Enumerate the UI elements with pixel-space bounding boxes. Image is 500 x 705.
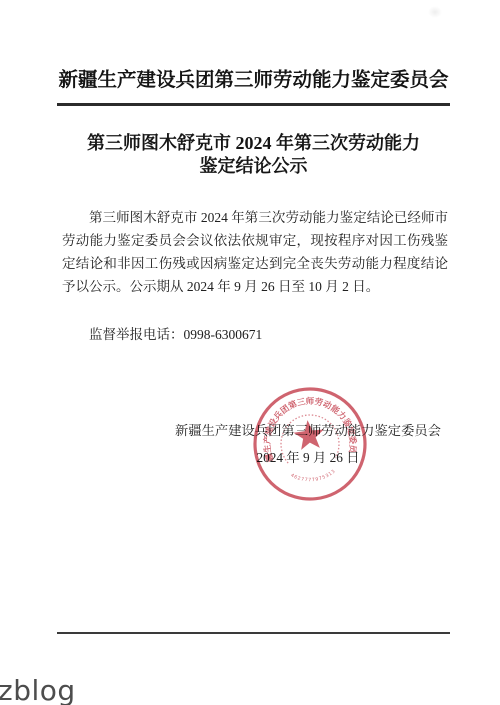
red-star-icon [292, 419, 325, 451]
document-content: 新疆生产建设兵团第三师劳动能力鉴定委员会 第三师图木舒克市 2024 年第三次劳… [57, 0, 450, 705]
doc-title-line-2: 鉴定结论公示 [57, 155, 450, 178]
org-header: 新疆生产建设兵团第三师劳动能力鉴定委员会 [57, 64, 450, 92]
document-page: 新疆生产建设兵团第三师劳动能力鉴定委员会 第三师图木舒克市 2024 年第三次劳… [0, 0, 500, 705]
phone-line: 监督举报电话：0998-6300671 [62, 325, 448, 345]
doc-title-line-1: 第三师图木舒克市 2024 年第三次劳动能力 [57, 132, 450, 155]
zblog-watermark: zblog [0, 674, 76, 705]
seal-serial-number: 4627777975313 [289, 468, 338, 486]
official-seal: 新疆生产建设兵团第三师劳动能力鉴定委员会 4627777975313 [244, 378, 376, 510]
bottom-rule [57, 632, 450, 634]
svg-text:4627777975313: 4627777975313 [289, 468, 338, 486]
header-rule [57, 103, 450, 106]
doc-title: 第三师图木舒克市 2024 年第三次劳动能力 鉴定结论公示 [57, 132, 450, 178]
body-paragraph: 第三师图木舒克市 2024 年第三次劳动能力鉴定结论已经师市劳动能力鉴定委员会会… [62, 206, 448, 298]
